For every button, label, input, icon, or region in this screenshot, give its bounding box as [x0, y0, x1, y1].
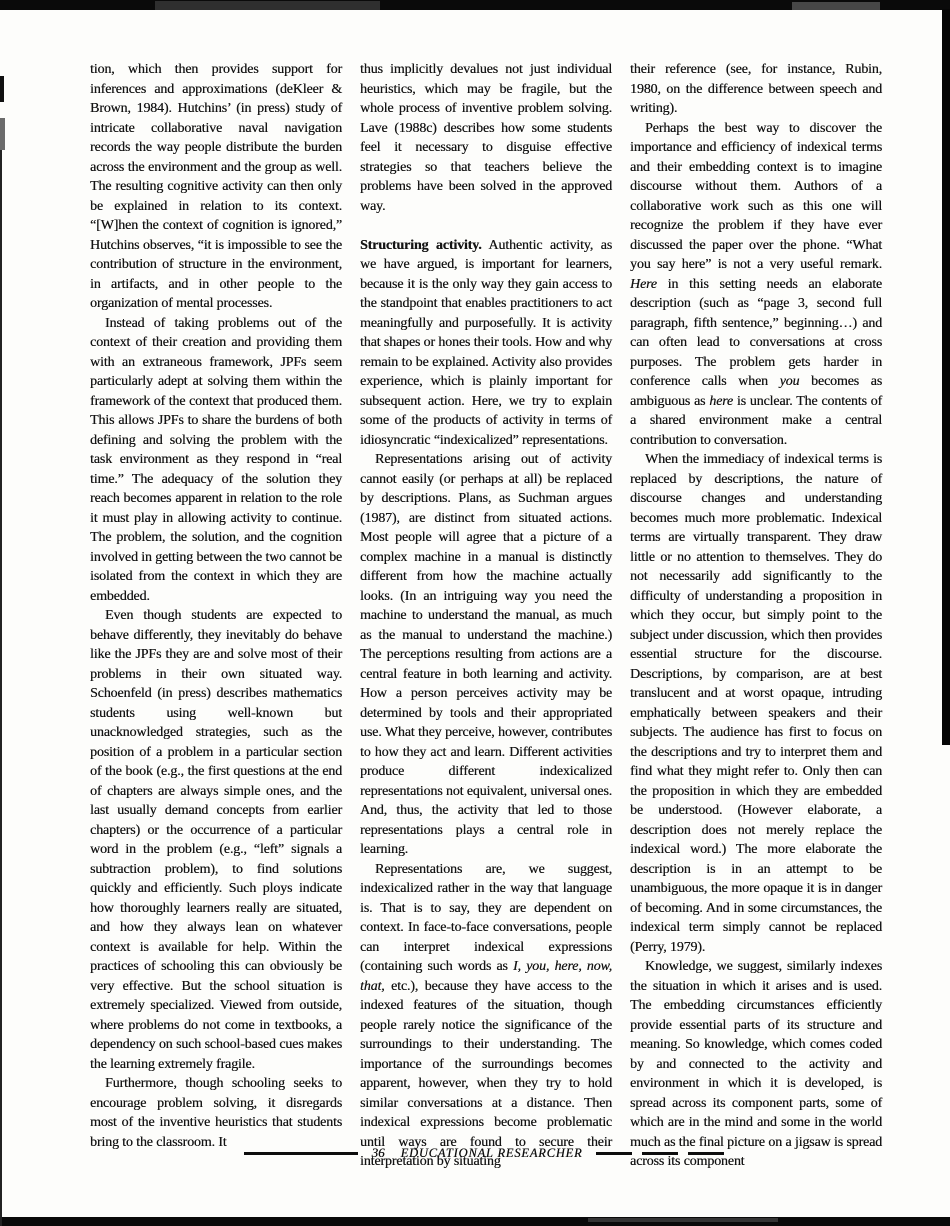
paragraph: Knowledge, we suggest, similarly indexes… [630, 957, 882, 1172]
text-run: Representations arising out of activity … [360, 452, 612, 857]
scan-edge-left [0, 150, 2, 1226]
footer-rule-left [244, 1152, 358, 1155]
column-middle: thus implicitly devalues not just indivi… [360, 60, 612, 1172]
scan-edge-left-mark [0, 76, 4, 102]
text-run: thus implicitly devalues not just indivi… [360, 62, 612, 214]
italic-run: Here [630, 277, 657, 292]
article-body: tion, which then provides support for in… [90, 60, 882, 1172]
text-run: Perhaps the best way to discover the imp… [630, 121, 882, 273]
paragraph: their reference (see, for instance, Rubi… [630, 60, 882, 119]
bold-run: Structuring activity. [360, 238, 482, 253]
page-number: 36 [372, 1145, 385, 1161]
paragraph: tion, which then provides support for in… [90, 60, 342, 314]
text-run: in this setting needs an elaborate descr… [630, 277, 882, 390]
text-run: Even though students are expected to beh… [90, 608, 342, 1072]
text-run: When the immediacy of indexical terms is… [630, 452, 882, 955]
paragraph: Representations are, we suggest, indexic… [360, 860, 612, 1172]
column-left: tion, which then provides support for in… [90, 60, 342, 1172]
scan-edge-top-fade [792, 2, 880, 10]
text-run: tion, which then provides support for in… [90, 62, 342, 311]
scan-edge-top-fade [155, 1, 380, 10]
paragraph: Even though students are expected to beh… [90, 606, 342, 1074]
text-run: Instead of taking problems out of the co… [90, 316, 342, 604]
text-run: Representations are, we suggest, indexic… [360, 862, 612, 975]
paragraph: Instead of taking problems out of the co… [90, 314, 342, 607]
text-run: Authentic activity, as we have argued, i… [360, 238, 612, 448]
journal-page: tion, which then provides support for in… [0, 0, 950, 1226]
page-footer: 36 EDUCATIONAL RESEARCHER [90, 1145, 882, 1161]
italic-run: you [780, 374, 800, 389]
journal-title: EDUCATIONAL RESEARCHER [401, 1146, 583, 1161]
paragraph: thus implicitly devalues not just indivi… [360, 60, 612, 216]
italic-run: here [709, 394, 733, 409]
scan-edge-left-mark [0, 118, 5, 150]
paragraph: Structuring activity. Authentic activity… [360, 236, 612, 451]
column-right: their reference (see, for instance, Rubi… [630, 60, 882, 1172]
paragraph: Furthermore, though schooling seeks to e… [90, 1074, 342, 1152]
text-run: their reference (see, for instance, Rubi… [630, 62, 882, 116]
paragraph: Representations arising out of activity … [360, 450, 612, 860]
scan-edge-right [942, 9, 950, 745]
paragraph: When the immediacy of indexical terms is… [630, 450, 882, 957]
paragraph: Perhaps the best way to discover the imp… [630, 119, 882, 451]
text-run: Knowledge, we suggest, similarly indexes… [630, 959, 882, 1169]
scan-edge-bottom [0, 1217, 950, 1226]
footer-rule-right [596, 1152, 728, 1155]
text-run: etc.), because they have access to the i… [360, 979, 612, 1170]
text-run: Furthermore, though schooling seeks to e… [90, 1076, 342, 1150]
scan-edge-bottom-fade [588, 1218, 778, 1222]
